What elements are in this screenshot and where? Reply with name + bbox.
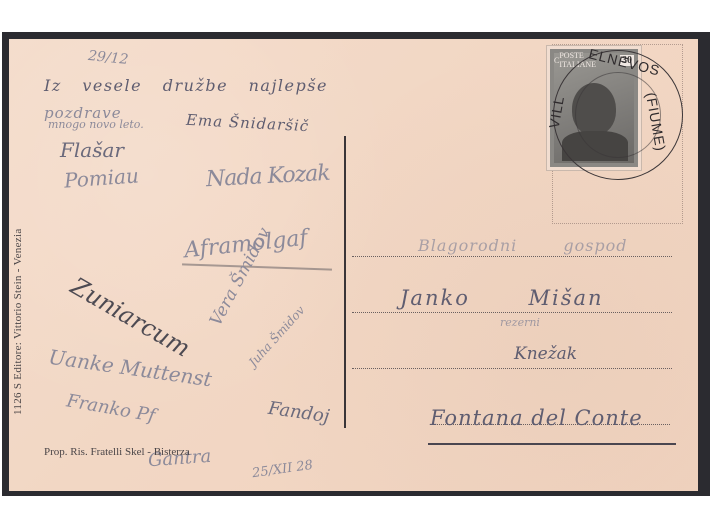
address-salutation: Blagorodni gospod (418, 236, 628, 255)
address-name-sub: rezerni (500, 316, 540, 329)
property-notice: Prop. Ris. Fratelli Skel - Bisterza (44, 446, 190, 458)
address-line-2 (352, 312, 672, 313)
address-underline (428, 443, 676, 445)
address-town: Knežak (514, 344, 577, 364)
publisher-imprint: 1126 S Editore: Vittorio Stein - Venezia (12, 228, 24, 415)
address-line-3 (352, 368, 672, 369)
address-name: Janko Mišan (400, 286, 604, 310)
message-line-1: Iz vesele družbe najlepše (44, 76, 328, 95)
center-divider (344, 136, 346, 428)
message-line-4: mnogo novo leto. (48, 118, 144, 131)
signature-1: Flašar (60, 138, 124, 162)
address-line-1 (352, 256, 672, 257)
address-destination: Fontana del Conte (430, 406, 643, 430)
